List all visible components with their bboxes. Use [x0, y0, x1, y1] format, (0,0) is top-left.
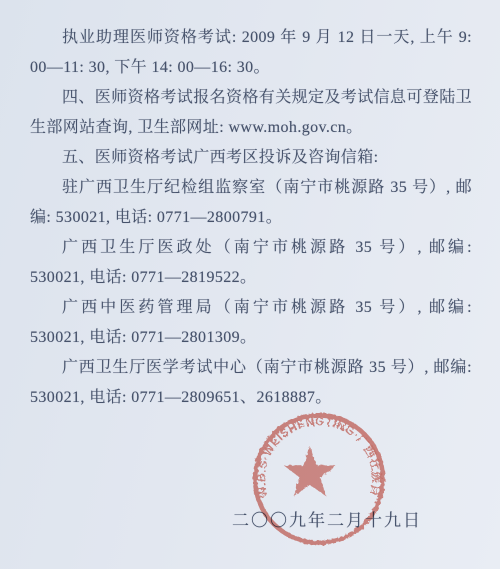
paragraph-contact-kaoshizhongxin: 广西卫生厅医学考试中心（南宁市桃源路 35 号）, 邮编: 530021, 电话… [30, 353, 472, 413]
star-icon [284, 447, 336, 496]
paragraph-item-5: 五、医师资格考试广西考区投诉及咨询信箱: [30, 143, 472, 173]
scanned-document-page: 执业助理医师资格考试: 2009 年 9 月 12 日一天, 上午 9: 00—… [0, 0, 500, 569]
paragraph-exam-schedule: 执业助理医师资格考试: 2009 年 9 月 12 日一天, 上午 9: 00—… [30, 23, 472, 83]
official-seal: W.B.S·WEISHENGTING·广西壮族自治区卫生厅 [247, 407, 391, 551]
paragraph-contact-yizhengchu: 广西卫生厅医政处（南宁市桃源路 35 号）, 邮编: 530021, 电话: 0… [30, 233, 472, 293]
document-text-block: 执业助理医师资格考试: 2009 年 9 月 12 日一天, 上午 9: 00—… [30, 23, 472, 413]
paragraph-contact-jianchashi: 驻广西卫生厅纪检组监察室（南宁市桃源路 35 号）, 邮编: 530021, 电… [30, 173, 472, 233]
paragraph-contact-zhongyiyao: 广西中医药管理局（南宁市桃源路 35 号）, 邮编: 530021, 电话: 0… [30, 293, 472, 353]
paragraph-item-4: 四、医师资格考试报名资格有关规定及考试信息可登陆卫生部网站查询, 卫生部网址: … [30, 83, 472, 143]
